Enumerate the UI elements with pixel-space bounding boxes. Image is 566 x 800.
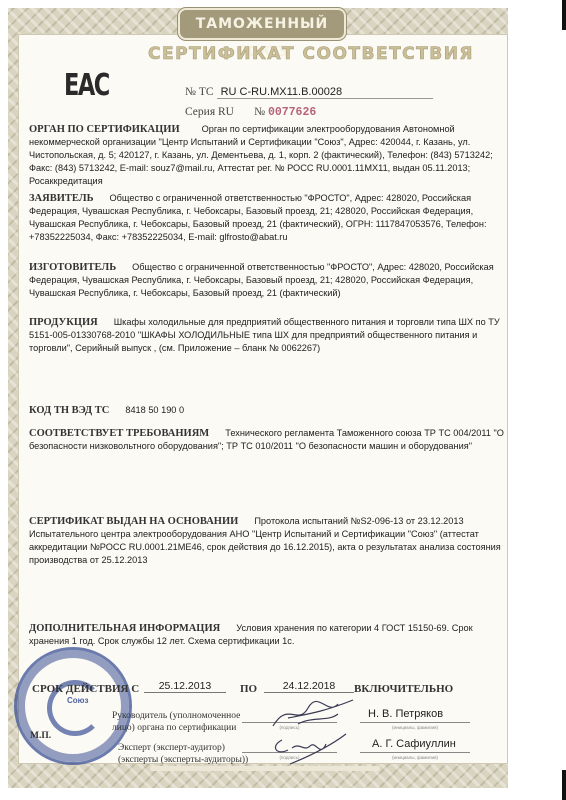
expert-label-line2: (эксперты (эксперты-аудиторы)) <box>118 754 248 766</box>
stamp-text: Союз <box>67 696 88 705</box>
section-text: Общество с ограниченной ответственностью… <box>29 193 487 242</box>
head-label-line2: лицо) органа по сертификации <box>112 722 240 734</box>
head-name-caption: (инициалы, фамилия) <box>360 725 470 730</box>
number-label: № ТС <box>185 86 214 98</box>
section-heading: ЗАЯВИТЕЛЬ <box>29 193 94 204</box>
seal-label: М.П. <box>30 730 51 742</box>
section-heading: ИЗГОТОВИТЕЛЬ <box>29 262 116 273</box>
certificate-number: № ТС RU C-RU.MX11.B.00028 <box>185 86 433 99</box>
section-hs-code: КОД ТН ВЭД ТС8418 50 190 0 <box>29 404 507 417</box>
series-label: Серия RU <box>185 106 234 118</box>
expert-label-line1: Эксперт (эксперт-аудитор) <box>118 742 248 754</box>
section-manufacturer: ИЗГОТОВИТЕЛЬОбщество с ограниченной отве… <box>29 261 507 300</box>
validity-to-label: ПО <box>240 683 257 695</box>
expert-name-line <box>360 752 470 753</box>
section-heading: ПРОДУКЦИЯ <box>29 317 98 328</box>
validity-to-date: 24.12.2018 <box>264 680 354 693</box>
validity-from-date: 25.12.2013 <box>144 680 226 693</box>
section-heading: ОРГАН ПО СЕРТИФИКАЦИИ <box>29 124 180 135</box>
scan-edge <box>562 770 566 800</box>
series-no-label: № <box>254 106 265 118</box>
organization-stamp: Союз <box>14 647 132 765</box>
certificate-title: СЕРТИФИКАТ СООТВЕТСТВИЯ <box>148 44 474 64</box>
section-requirements: СООТВЕТСТВУЕТ ТРЕБОВАНИЯМТехнического ре… <box>29 427 507 453</box>
section-heading: ДОПОЛНИТЕЛЬНАЯ ИНФОРМАЦИЯ <box>29 623 220 634</box>
customs-union-badge: ТАМОЖЕННЫЙ СОЮЗ <box>178 8 346 40</box>
section-text: Шкафы холодильные для предприятий общест… <box>29 317 500 353</box>
number-value: RU C-RU.MX11.B.00028 <box>217 86 433 99</box>
series-line: Серия RU № 0077626 <box>185 106 316 119</box>
section-issued-basis: СЕРТИФИКАТ ВЫДАН НА ОСНОВАНИИПротокола и… <box>29 515 507 567</box>
section-product: ПРОДУКЦИЯШкафы холодильные для предприят… <box>29 316 507 355</box>
section-additional-info: ДОПОЛНИТЕЛЬНАЯ ИНФОРМАЦИЯУсловия хранени… <box>29 622 507 648</box>
section-heading: СЕРТИФИКАТ ВЫДАН НА ОСНОВАНИИ <box>29 516 238 527</box>
section-text: 8418 50 190 0 <box>125 405 184 415</box>
section-heading: КОД ТН ВЭД ТС <box>29 405 109 416</box>
expert-name: А. Г. Сафиуллин <box>372 738 456 750</box>
head-signature-icon <box>268 696 358 732</box>
expert-signature-icon <box>270 730 350 770</box>
head-label: Руководитель (уполномоченное лицо) орган… <box>112 710 240 734</box>
validity-from-label: СРОК ДЕЙСТВИЯ С <box>32 683 139 695</box>
head-label-line1: Руководитель (уполномоченное <box>112 710 240 722</box>
section-applicant: ЗАЯВИТЕЛЬОбщество с ограниченной ответст… <box>29 192 507 244</box>
section-certification-body: ОРГАН ПО СЕРТИФИКАЦИИОрган по сертификац… <box>29 123 507 188</box>
eac-logo: ЕАС <box>64 68 109 103</box>
head-name: Н. В. Петряков <box>368 708 443 720</box>
expert-label: Эксперт (эксперт-аудитор) (эксперты (экс… <box>118 742 248 766</box>
head-name-line <box>360 722 470 723</box>
validity-inclusive-label: ВКЛЮЧИТЕЛЬНО <box>354 683 453 695</box>
form-footer-note <box>150 766 380 771</box>
expert-name-caption: (инициалы, фамилия) <box>360 755 470 760</box>
series-no-value: 0077626 <box>268 106 316 119</box>
section-heading: СООТВЕТСТВУЕТ ТРЕБОВАНИЯМ <box>29 428 209 439</box>
scan-edge <box>562 0 566 30</box>
